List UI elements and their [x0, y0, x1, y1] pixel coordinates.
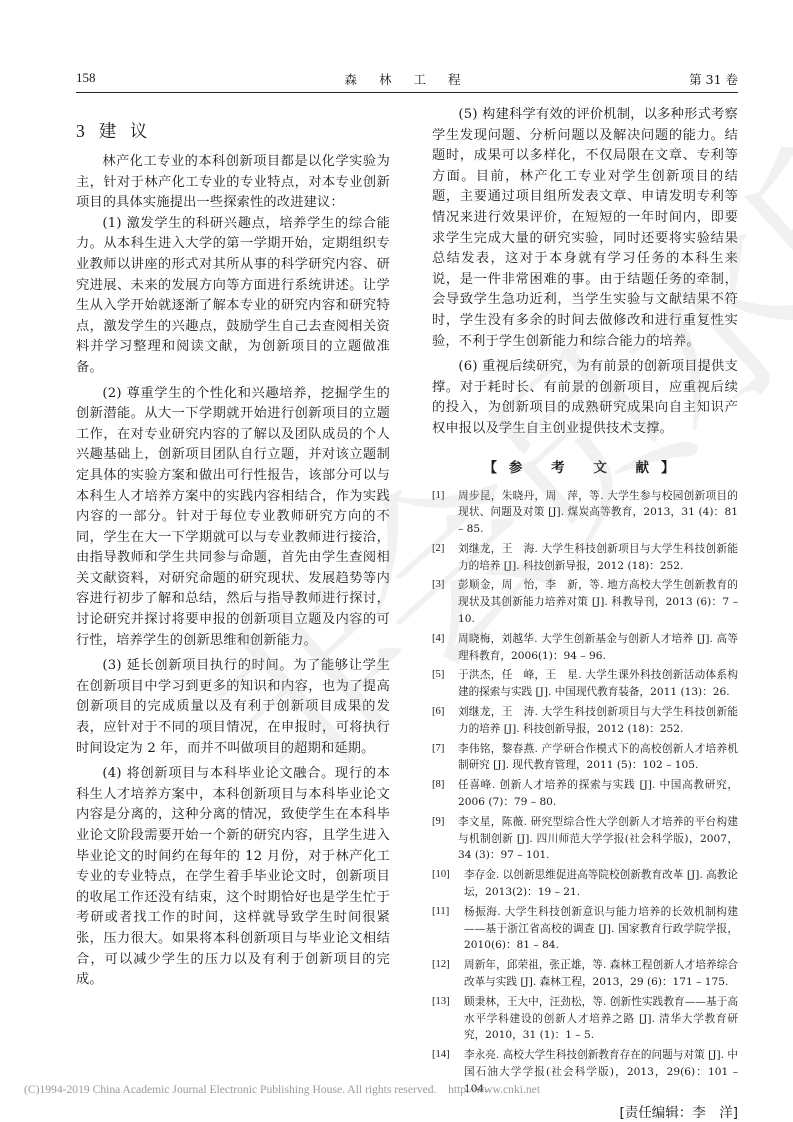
paragraph-suggestion-3: (3) 延长创新项目执行的时间。为了能够让学生在创新项目中学习到更多的知识和内容… [76, 656, 390, 759]
reference-item: [10]李存金. 以创新思维促进高等院校创新教育改革 [J]. 高教论坛，201… [432, 867, 738, 901]
reference-index: [1] [432, 488, 444, 505]
reference-item: [6]刘继龙，王 涛. 大学生科技创新项目与大学生科技创新能力的培养 [J]. … [432, 704, 738, 738]
reference-list: [1]周步昆，朱晓丹，周 萍，等. 大学生参与校园创新项目的现状、问题及对策 [… [432, 488, 738, 1098]
reference-item: [4]周晓梅，刘越华. 大学生创新基金与创新人才培养 [J]. 高等理科教育，2… [432, 631, 738, 665]
paragraph-intro: 林产化工专业的本科创新项目都是以化学实验为主，针对于林产化工专业的专业特点，对本… [76, 152, 390, 214]
reference-index: [5] [432, 667, 444, 684]
copyright-text: (C)1994-2019 China Academic Journal Elec… [24, 1083, 436, 1096]
reference-index: [7] [432, 741, 444, 758]
copyright-footer: (C)1994-2019 China Academic Journal Elec… [24, 1083, 540, 1096]
reference-item: [7]李伟铭，黎春燕. 产学研合作模式下的高校创新人才培养机制研究 [J]. 现… [432, 741, 738, 775]
reference-item: [8]任喜峰. 创新人才培养的探索与实践 [J]. 中国高教研究，2006 (7… [432, 777, 738, 811]
reference-index: [4] [432, 631, 444, 648]
reference-text: 任喜峰. 创新人才培养的探索与实践 [J]. 中国高教研究，2006 (7)：7… [458, 779, 738, 808]
reference-index: [11] [432, 904, 449, 921]
reference-index: [9] [432, 814, 444, 831]
reference-index: [14] [432, 1047, 450, 1064]
section-heading: 3建 议 [76, 118, 390, 144]
volume-label: 第 31 卷 [689, 70, 738, 88]
reference-item: [2]刘继龙，王 海. 大学生科技创新项目与大学生科技创新能力的培养 [J]. … [432, 541, 738, 575]
references-heading: 【参 考 文 献】 [432, 456, 738, 476]
reference-text: 周步昆，朱晓丹，周 萍，等. 大学生参与校园创新项目的现状、问题及对策 [J].… [458, 490, 738, 536]
paragraph-suggestion-2: (2) 尊重学生的个性化和兴趣培养，挖掘学生的创新潜能。从大一下学期就开始进行创… [76, 384, 390, 652]
paragraph-suggestion-1: (1) 激发学生的科研兴趣点，培养学生的综合能力。从本科生进入大学的第一学期开始… [76, 214, 390, 379]
reference-item: [5]于洪杰，任 峰，王 星. 大学生课外科技创新活动体系构建的探索与实践 [J… [432, 667, 738, 701]
reference-text: 周新年，邱荣祖，张正雄，等. 森林工程创新人才培养综合改革与实践 [J]. 森林… [464, 959, 738, 988]
reference-item: [13]顾秉林，王大中，汪劲松，等. 创新性实践教育——基于高水平学科建设的创新… [432, 994, 738, 1044]
running-header: 158 森 林 工 程 第 31 卷 [76, 64, 738, 93]
reference-item: [12]周新年，邱荣祖，张正雄，等. 森林工程创新人才培养综合改革与实践 [J]… [432, 957, 738, 991]
reference-text: 于洪杰，任 峰，王 星. 大学生课外科技创新活动体系构建的探索与实践 [J]. … [458, 669, 738, 698]
paragraph-suggestion-4: (4) 将创新项目与本科毕业论文融合。现行的本科生人才培养方案中，本科创新项目与… [76, 764, 390, 991]
cnki-url: http://www.cnki.net [448, 1083, 540, 1096]
left-column: 3建 议 林产化工专业的本科创新项目都是以化学实验为主，针对于林产化工专业的专业… [76, 112, 390, 991]
journal-page: 158 森 林 工 程 第 31 卷 3建 议 林产化工专业的本科创新项目都是以… [0, 0, 793, 1122]
reference-text: 李存金. 以创新思维促进高等院校创新教育改革 [J]. 高教论坛，2013(2)… [464, 869, 738, 898]
reference-index: [13] [432, 994, 450, 1011]
reference-text: 彭顺金，周 怡，李 新，等. 地方高校大学生创新教育的现状及其创新能力培养对策 … [458, 579, 738, 625]
right-column: (5) 构建科学有效的评价机制，以多种形式考察学生发现问题、分析问题以及解决问题… [432, 105, 738, 1121]
reference-item: [1]周步昆，朱晓丹，周 萍，等. 大学生参与校园创新项目的现状、问题及对策 [… [432, 488, 738, 538]
reference-item: [3]彭顺金，周 怡，李 新，等. 地方高校大学生创新教育的现状及其创新能力培养… [432, 577, 738, 627]
reference-item: [11]杨振海. 大学生科技创新意识与能力培养的长效机制构建——基于浙江省高校的… [432, 904, 738, 954]
reference-text: 杨振海. 大学生科技创新意识与能力培养的长效机制构建——基于浙江省高校的调查 [… [464, 906, 738, 952]
reference-index: [3] [432, 577, 444, 594]
reference-index: [2] [432, 541, 444, 558]
reference-item: [9]李文星，陈薇. 研究型综合性大学创新人才培养的平台构建与机制创新 [J].… [432, 814, 738, 864]
reference-index: [6] [432, 704, 444, 721]
reference-text: 刘继龙，王 海. 大学生科技创新项目与大学生科技创新能力的培养 [J]. 科技创… [458, 543, 738, 572]
reference-index: [10] [432, 867, 450, 884]
section-number: 3 [76, 121, 85, 141]
journal-name: 森 林 工 程 [76, 70, 738, 88]
paragraph-suggestion-6: (6) 重视后续研究，为有前景的创新项目提供支撑。对于耗时长、有前景的创新项目，… [432, 357, 738, 439]
reference-text: 周晓梅，刘越华. 大学生创新基金与创新人才培养 [J]. 高等理科教育，2006… [458, 633, 738, 662]
reference-index: [12] [432, 957, 450, 974]
reference-index: [8] [432, 777, 444, 794]
section-title: 建 议 [99, 122, 152, 142]
responsible-editor: [责任编辑：李 洋] [432, 1101, 738, 1121]
reference-text: 顾秉林，王大中，汪劲松，等. 创新性实践教育——基于高水平学科建设的创新人才培养… [464, 996, 738, 1042]
reference-text: 李伟铭，黎春燕. 产学研合作模式下的高校创新人才培养机制研究 [J]. 现代教育… [458, 743, 738, 772]
reference-text: 李文星，陈薇. 研究型综合性大学创新人才培养的平台构建与机制创新 [J]. 四川… [458, 816, 738, 862]
reference-text: 刘继龙，王 涛. 大学生科技创新项目与大学生科技创新能力的培养 [J]. 科技创… [458, 706, 738, 735]
paragraph-suggestion-5: (5) 构建科学有效的评价机制，以多种形式考察学生发现问题、分析问题以及解决问题… [432, 105, 738, 352]
